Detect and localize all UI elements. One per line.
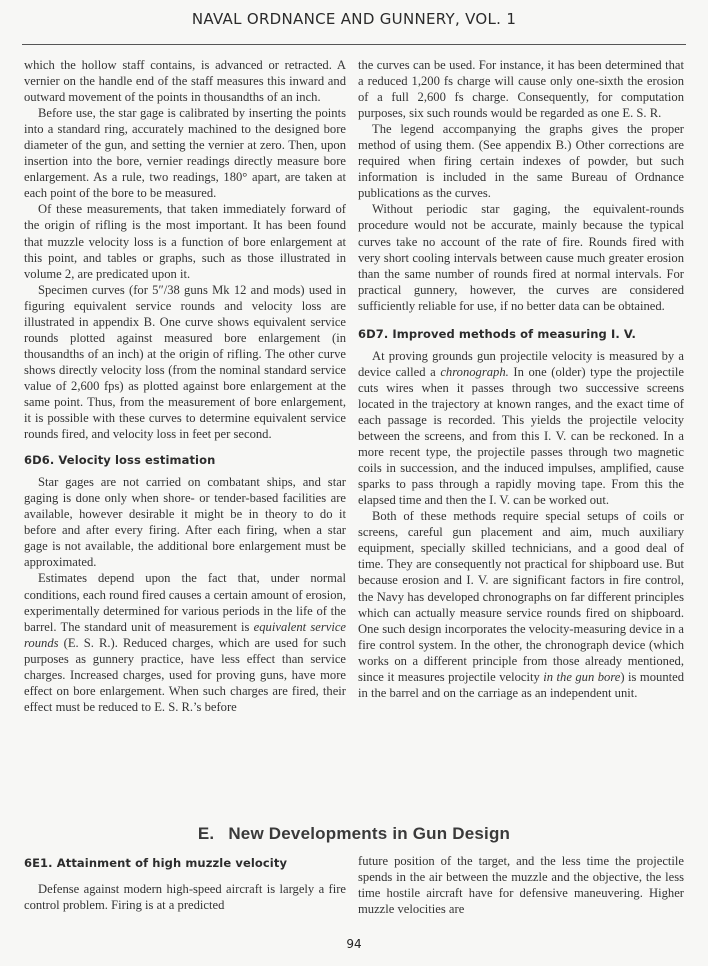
- paragraph-esr: Estimates depend upon the fact that, und…: [24, 570, 346, 714]
- paragraph: Of these measurements, that taken immedi…: [24, 201, 346, 281]
- section-heading-6d7: 6D7. Improved methods of measuring I. V.: [358, 326, 684, 342]
- running-head-title: NAVAL ORDNANCE AND GUNNERY, VOL. 1: [0, 10, 708, 28]
- text: In one (older) type the projectile cuts …: [358, 365, 684, 507]
- paragraph: future position of the target, and the l…: [358, 853, 684, 917]
- paragraph: Defense against modern high-speed aircra…: [24, 881, 346, 913]
- italic-term: chronograph.: [440, 365, 508, 379]
- section-6e1-left: 6E1. Attainment of high muzzle velocity …: [24, 852, 346, 913]
- paragraph-bore: Both of these methods require special se…: [358, 508, 684, 701]
- paragraph: Star gages are not carried on combatant …: [24, 474, 346, 570]
- section-title: New Developments in Gun Design: [228, 824, 510, 843]
- section-heading-6d6: 6D6. Velocity loss estimation: [24, 452, 346, 468]
- text: (E. S. R.). Reduced charges, which are u…: [24, 636, 346, 714]
- left-column: which the hollow staff contains, is adva…: [24, 57, 346, 715]
- header-rule: [22, 44, 686, 45]
- paragraph-chronograph: At proving grounds gun projectile veloci…: [358, 348, 684, 508]
- section-6e1-right: future position of the target, and the l…: [358, 853, 684, 917]
- paragraph: Specimen curves (for 5″/38 guns Mk 12 an…: [24, 282, 346, 442]
- chapter-section-heading: E.New Developments in Gun Design: [0, 824, 708, 844]
- paragraph: Without periodic star gaging, the equiva…: [358, 201, 684, 313]
- paragraph: the curves can be used. For instance, it…: [358, 57, 684, 121]
- italic-term: in the gun bore: [543, 670, 620, 684]
- right-column: the curves can be used. For instance, it…: [358, 57, 684, 701]
- page-number: 94: [0, 937, 708, 951]
- paragraph: The legend accompanying the graphs gives…: [358, 121, 684, 201]
- section-heading-6e1: 6E1. Attainment of high muzzle velocity: [24, 855, 346, 871]
- text: Both of these methods require special se…: [358, 509, 684, 683]
- paragraph: Before use, the star gage is calibrated …: [24, 105, 346, 201]
- paragraph: which the hollow staff contains, is adva…: [24, 57, 346, 105]
- section-letter: E.: [198, 824, 214, 843]
